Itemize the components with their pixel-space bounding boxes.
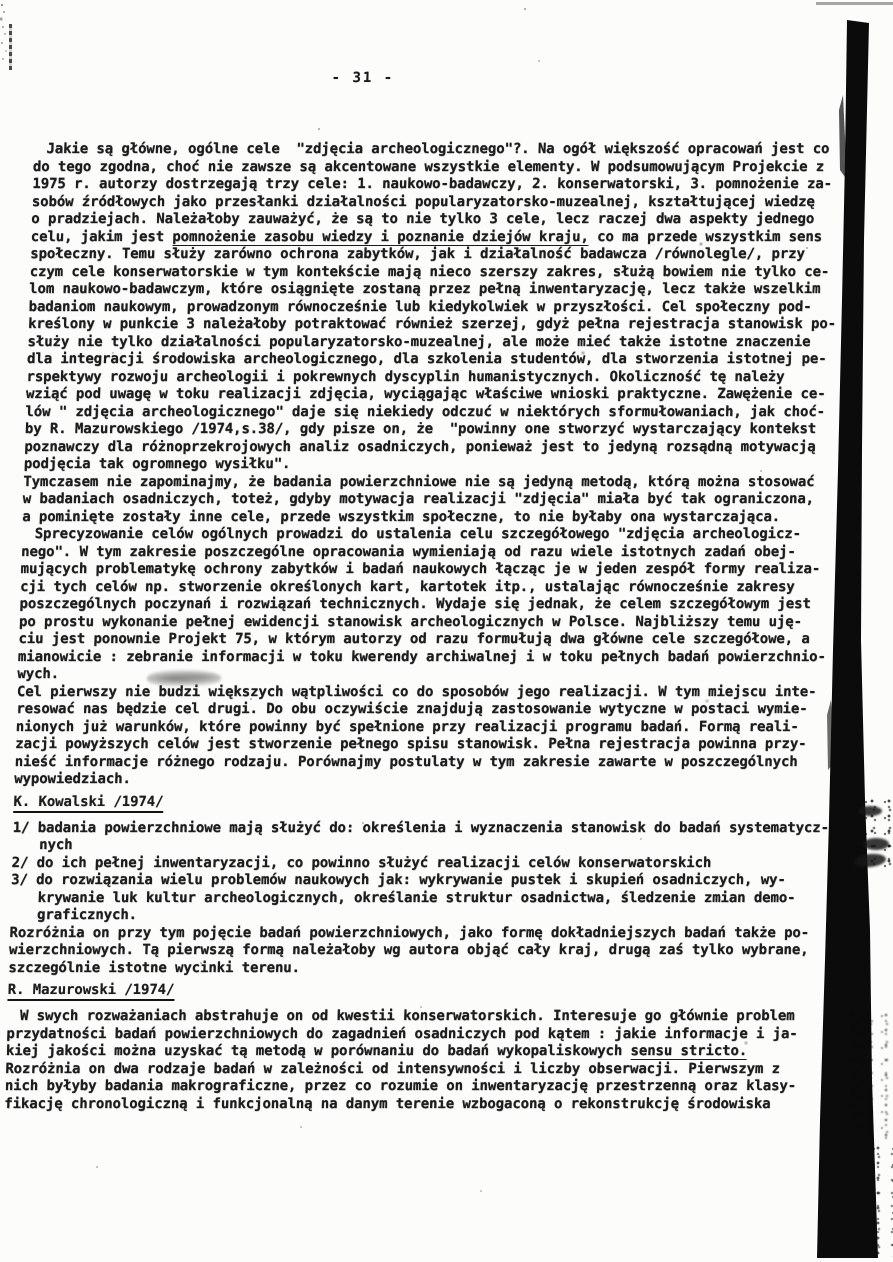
text-line: podjęcia tak ogromnego wysiłku". [24,456,865,474]
text-line: poznawczy dla różnoprzekrojowych analiz … [24,439,865,457]
typewritten-text-block: - 31 - Jakie są główne, ogólne cele "zdj… [0,0,893,1262]
text-line: mujących problematykę ochrony zabytków i… [20,561,861,579]
list-item: 1/ badania powierzchniowe mają służyć do… [12,820,853,855]
text-line: 1975 r. autorzy dostrzegają trzy cele: 1… [32,176,873,194]
reference-heading-text: R. Mazurowski /1974/ [7,982,174,1001]
text-line: krywanie luk kultur archeologicznych, ok… [10,890,851,908]
text-line: wziąć pod uwagę w toku realizacji zdjęci… [26,386,867,404]
text-line: służy nie tylko działalności popularyzat… [27,334,868,352]
text-line: wych. [17,666,858,684]
scanned-document-page: - 31 - Jakie są główne, ogólne cele "zdj… [0,0,893,1262]
text-line: 3/ do rozwiązania wielu problemów naukow… [11,872,852,890]
text-line: Rozróżnia on dwa rodzaje badań w zależno… [5,1061,846,1079]
text-line: społeczny. Temu służy zarówno ochrona za… [30,246,871,264]
paragraph: Sprecyzowanie celów ogólnych prowadzi do… [17,526,862,684]
underlined-text: pomnożenie zasobu wiedzy i poznanie dzie… [172,229,589,246]
text-line: nionych już warunków, które powinny być … [16,719,857,737]
list-item: 3/ do rozwiązania wielu problemów naukow… [10,872,852,925]
text-line: resować nas będzie cel drugi. Do obu ocz… [16,701,857,719]
text-line: czym cele konserwatorskie w tym kontekśc… [29,264,870,282]
text-line: fikację chronologiczną i funkcjonalną na… [4,1096,845,1114]
text-line: wierzchniowych. Tą pierwszą formą należa… [9,942,850,960]
text-line: lom naukowo-badawczym, które osiągnięte … [29,281,870,299]
text-line: nieść informacje różnego rodzaju. Porówn… [14,754,855,772]
text-line: mianowicie : zebranie informacji w toku … [18,649,859,667]
underlined-text: sensu stricto. [630,1043,747,1060]
text-line: Cel pierwszy nie budzi większych wątpliw… [17,684,858,702]
text-line: po prostu wykonanie pełnej ewidencji sta… [19,614,860,632]
text-line: Rozróżnia on przy tym pojęcie badań powi… [9,925,850,943]
text-line: by R. Mazurowskiego /1974,s.38/, gdy pis… [25,421,866,439]
text-line: ciu jest ponownie Projekt 75, w którym a… [18,631,859,649]
page-number: - 31 - [331,70,394,86]
reference-heading: K. Kowalski /1974/ [13,794,854,814]
text-line: nich byłyby badania makrograficzne, prze… [5,1078,846,1096]
document-body: Jakie są główne, ogólne cele "zdjęcia ar… [4,141,874,1113]
text-line: cji tych celów np. stworzenie określonyc… [20,579,861,597]
text-line: dla integracji środowiska archeologiczne… [27,351,868,369]
text-line: 2/ do ich pełnej inwentaryzacji, co powi… [11,855,852,873]
text-line: do tego zgodna, choć nie zawsze są akcen… [33,159,874,177]
text-line: nego". W tym zakresie poszczególne oprac… [21,544,862,562]
text-line: 1/ badania powierzchniowe mają służyć do… [12,820,853,838]
text-line: Jakie są główne, ogólne cele "zdjęcia ar… [33,141,874,159]
reference-heading-text: K. Kowalski /1974/ [13,794,164,813]
text-line: W swych rozważaniach abstrahuje on od kw… [7,1008,848,1026]
text-line: szczególnie istotne wycinki terenu. [8,960,849,978]
text-line: graficznych. [10,907,851,925]
paragraph: Cel pierwszy nie budzi większych wątpliw… [14,684,857,789]
text-line: o pradziejach. Należałoby zauważyć, że s… [31,211,872,229]
text-line: kiej jakości można uzyskać tą metodą w p… [6,1043,847,1061]
list-item: 2/ do ich pełnej inwentaryzacji, co powi… [11,855,852,873]
reference-heading: R. Mazurowski /1974/ [7,982,848,1002]
text-line: zacji powyższych celów jest stworzenie p… [15,736,856,754]
paragraph: Jakie są główne, ogólne cele "zdjęcia ar… [24,141,874,474]
text-line: w badaniach osadniczych, toteż, gdyby mo… [22,491,863,509]
text-line: poszczególnych poczynań i rozwiązań tech… [19,596,860,614]
text-line: celu, jakim jest pomnożenie zasobu wiedz… [30,229,871,247]
text-line: nych [12,837,853,855]
text-line: rspektywy rozwoju archeologii i pokrewny… [26,369,867,387]
paragraph: W swych rozważaniach abstrahuje on od kw… [4,1008,847,1113]
text-line: badaniom naukowym, prowadzonym równocześ… [28,299,869,317]
text-line: wypowiedziach. [14,771,855,789]
paragraph: Rozróżnia on przy tym pojęcie badań powi… [8,925,850,978]
text-line: kreślony w punkcie 3 należałoby potrakto… [28,316,869,334]
text-line: Sprecyzowanie celów ogólnych prowadzi do… [21,526,862,544]
text-line: przydatności badań powierzchniowych do z… [6,1026,847,1044]
text-line: Tymczasem nie zapominajmy, że badania po… [23,474,864,492]
text-line: lów " zdjęcia archeologicznego" daje się… [25,404,866,422]
numbered-list: 1/ badania powierzchniowe mają służyć do… [10,820,853,925]
text-line: a pominięte zostały inne cele, przede ws… [22,509,863,527]
paragraph: Tymczasem nie zapominajmy, że badania po… [22,474,864,527]
text-line: sobów źródłowych jako przesłanki działal… [32,194,873,212]
